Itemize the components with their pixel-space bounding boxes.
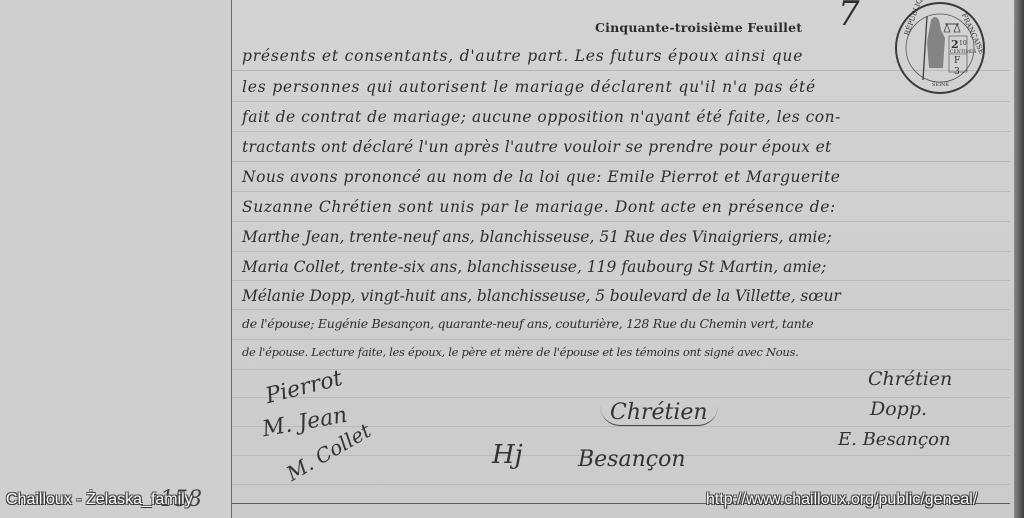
signature-chretien-center: Chrétien bbox=[600, 400, 718, 426]
folio-mark: 7 bbox=[838, 0, 860, 34]
stamp-sub-value: 3 bbox=[954, 67, 960, 77]
scan-edge-shadow bbox=[1014, 0, 1024, 518]
left-margin bbox=[0, 0, 231, 518]
ruled-line bbox=[232, 70, 1010, 71]
ruled-line bbox=[232, 251, 1010, 252]
stamp-value-cents: 10 bbox=[959, 40, 967, 47]
ruled-line bbox=[232, 484, 1010, 485]
body-line: tractants ont déclaré l'un après l'autre… bbox=[242, 138, 832, 156]
fiscal-stamp: RÉPUBLIQUE FRANÇAISE 2 10 CENTIMES F 3 S… bbox=[895, 2, 985, 94]
signature-e-besancon: E. Besançon bbox=[838, 429, 951, 450]
ruled-line bbox=[232, 280, 1010, 281]
body-line: présents et consentants, d'autre part. L… bbox=[242, 47, 803, 65]
body-line: Mélanie Dopp, vingt-huit ans, blanchisse… bbox=[242, 287, 841, 305]
body-line: Nous avons prononcé au nom de la loi que… bbox=[242, 168, 840, 186]
ruled-line bbox=[232, 161, 1010, 162]
ruled-line bbox=[232, 191, 1010, 192]
margin-rule-line bbox=[231, 0, 232, 518]
stamp-text-seine: SEINE bbox=[932, 82, 949, 88]
body-line: Marthe Jean, trente-neuf ans, blanchisse… bbox=[242, 228, 832, 246]
signature-pierrot: Pierrot bbox=[263, 366, 345, 409]
body-line: les personnes qui autorisent le mariage … bbox=[242, 78, 816, 96]
signature-mark: Hj bbox=[492, 440, 523, 470]
ruled-line bbox=[232, 131, 1010, 132]
body-line: de l'épouse. Lecture faite, les époux, l… bbox=[242, 345, 799, 359]
body-line: de l'épouse; Eugénie Besançon, quarante-… bbox=[242, 316, 813, 331]
stamp-letter: F bbox=[954, 56, 960, 66]
body-line: fait de contrat de mariage; aucune oppos… bbox=[242, 108, 841, 126]
watermark-url: http://www.chailloux.org/public/geneal/ bbox=[706, 491, 977, 509]
watermark-family-name: Chailloux - Żelaska_family bbox=[6, 491, 193, 509]
ruled-line bbox=[232, 221, 1010, 222]
signature-besancon-center: Besançon bbox=[578, 447, 686, 472]
sheet-header: Cinquante-troisième Feuillet bbox=[595, 20, 802, 35]
stamp-unit: CENTIMES bbox=[950, 50, 976, 55]
signature-chretien-right: Chrétien bbox=[868, 368, 952, 390]
ruled-line bbox=[232, 309, 1010, 310]
body-line: Maria Collet, trente-six ans, blanchisse… bbox=[242, 258, 826, 276]
signature-dopp: Dopp. bbox=[870, 398, 927, 420]
scanned-document-page: Cinquante-troisième Feuillet 7 RÉPUBLIQU… bbox=[0, 0, 1024, 518]
ruled-line bbox=[232, 339, 1010, 340]
ruled-line bbox=[232, 101, 1010, 102]
body-line: Suzanne Chrétien sont unis par le mariag… bbox=[242, 198, 836, 216]
